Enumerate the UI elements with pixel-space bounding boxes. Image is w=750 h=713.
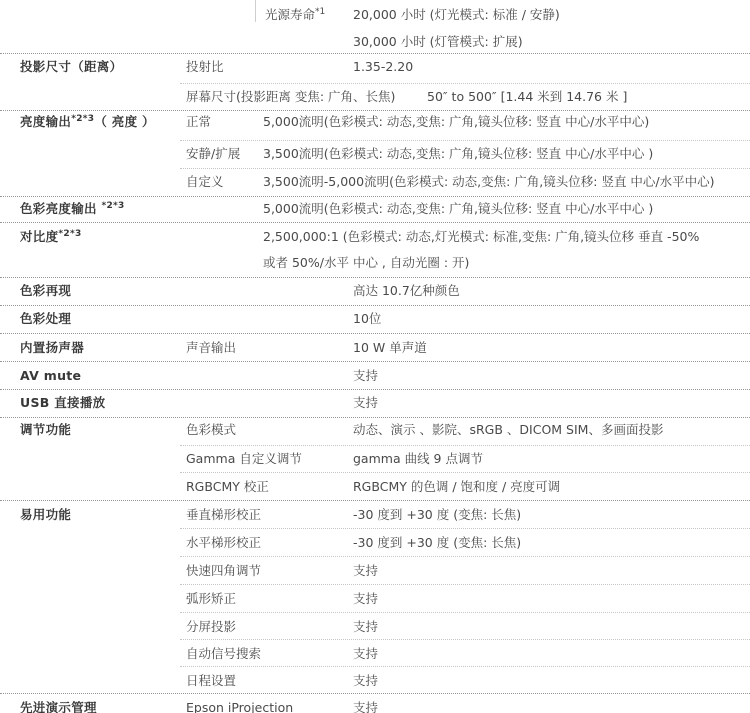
spec-sub-label: Gamma 自定义调节 xyxy=(186,451,302,466)
spec-sub-label: 正常 xyxy=(186,114,211,129)
spec-value: 支持 xyxy=(353,591,378,606)
spec-value: 支持 xyxy=(353,395,378,410)
spec-category-label: 先进演示管理 xyxy=(20,700,97,713)
spec-sub-label: 投射比 xyxy=(186,59,224,74)
spec-value: 20,000 小时 (灯光模式: 标准 / 安静) xyxy=(353,7,560,22)
spec-sub-label: 安静/扩展 xyxy=(186,146,240,161)
spec-value: 支持 xyxy=(353,619,378,634)
row-separator xyxy=(180,140,750,141)
spec-sub-label: 水平梯形校正 xyxy=(186,535,261,550)
spec-sub-label: 垂直梯形校正 xyxy=(186,507,261,522)
spec-sub-label: 分屏投影 xyxy=(186,619,236,634)
spec-category-label: 色彩亮度输出 *2*3 xyxy=(20,201,125,216)
spec-sub-label: 声音输出 xyxy=(186,340,236,355)
section-separator xyxy=(0,222,750,223)
spec-value: 10位 xyxy=(353,311,381,326)
row-separator xyxy=(180,445,750,446)
section-separator xyxy=(0,53,750,54)
section-separator xyxy=(0,277,750,278)
section-separator xyxy=(0,333,750,334)
spec-value: 5,000流明(色彩模式: 动态,变焦: 广角,镜头位移: 竖直 中心/水平中心… xyxy=(263,114,649,129)
spec-sub-label: 日程设置 xyxy=(186,673,236,688)
spec-value: 2,500,000:1 (色彩模式: 动态,灯光模式: 标准,变焦: 广角,镜头… xyxy=(263,229,699,244)
spec-category-label: USB 直接播放 xyxy=(20,395,105,410)
spec-sub-label: 色彩模式 xyxy=(186,422,236,437)
spec-value: 动态、演示 、影院、sRGB 、DICOM SIM、多画面投影 xyxy=(353,422,663,437)
row-separator xyxy=(180,639,750,640)
row-separator xyxy=(180,83,750,84)
section-separator xyxy=(0,389,750,390)
spec-value: 支持 xyxy=(353,700,378,713)
spec-sub-label: 自动信号搜索 xyxy=(186,646,261,661)
spec-value: 支持 xyxy=(353,368,378,383)
spec-value: 5,000流明(色彩模式: 动态,变焦: 广角,镜头位移: 竖直 中心/水平中心… xyxy=(263,201,653,216)
spec-value: 或者 50%/水平 中心 , 自动光圈 : 开) xyxy=(263,255,469,270)
spec-table: 光源寿命*1 20,000 小时 (灯光模式: 标准 / 安静) 30,000 … xyxy=(0,0,750,713)
spec-category-label: 色彩再现 xyxy=(20,283,71,298)
spec-category-label: 内置扬声器 xyxy=(20,340,84,355)
row-separator xyxy=(180,556,750,557)
row-separator xyxy=(180,612,750,613)
spec-value: -30 度到 +30 度 (变焦: 长焦) xyxy=(353,535,521,550)
row-separator xyxy=(180,528,750,529)
spec-value: 10 W 单声道 xyxy=(353,340,427,355)
spec-value: gamma 曲线 9 点调节 xyxy=(353,451,483,466)
section-separator xyxy=(0,361,750,362)
spec-category-label: 调节功能 xyxy=(20,422,71,437)
spec-value: 3,500流明(色彩模式: 动态,变焦: 广角,镜头位移: 竖直 中心/水平中心… xyxy=(263,146,653,161)
spec-sub-label: 光源寿命*1 xyxy=(265,7,325,22)
spec-category-label: 投影尺寸（距离） xyxy=(20,59,122,74)
spec-value: RGBCMY 的色调 / 饱和度 / 亮度可调 xyxy=(353,479,560,494)
spec-sub-label: RGBCMY 校正 xyxy=(186,479,269,494)
table-column-border xyxy=(255,0,256,22)
spec-value: 30,000 小时 (灯管模式: 扩展) xyxy=(353,34,523,49)
spec-value: 3,500流明-5,000流明(色彩模式: 动态,变焦: 广角,镜头位移: 竖直… xyxy=(263,174,715,189)
spec-value: -30 度到 +30 度 (变焦: 长焦) xyxy=(353,507,521,522)
spec-value: 1.35-2.20 xyxy=(353,59,413,74)
spec-category-label: 亮度输出*2*3（ 亮度 ） xyxy=(20,114,155,129)
spec-value: 50″ to 500″ [1.44 米到 14.76 米 ] xyxy=(427,89,627,104)
spec-category-label: 易用功能 xyxy=(20,507,71,522)
row-separator xyxy=(180,584,750,585)
spec-sub-label: 屏幕尺寸(投影距离 变焦: 广角、长焦) xyxy=(186,89,395,104)
spec-value: 支持 xyxy=(353,673,378,688)
spec-sub-label: Epson iProjection xyxy=(186,700,293,713)
spec-category-label: 对比度*2*3 xyxy=(20,229,82,244)
spec-value: 支持 xyxy=(353,563,378,578)
section-separator xyxy=(0,417,750,418)
spec-sub-label: 自定义 xyxy=(186,174,224,189)
section-separator xyxy=(0,500,750,501)
spec-value: 支持 xyxy=(353,646,378,661)
spec-category-label: AV mute xyxy=(20,368,81,383)
section-separator xyxy=(0,305,750,306)
spec-value: 高达 10.7亿种颜色 xyxy=(353,283,460,298)
section-separator xyxy=(0,196,750,197)
row-separator xyxy=(180,168,750,169)
row-separator xyxy=(180,472,750,473)
spec-sub-label: 快速四角调节 xyxy=(186,563,261,578)
spec-category-label: 色彩处理 xyxy=(20,311,71,326)
section-separator xyxy=(0,110,750,111)
spec-sub-label: 弧形矫正 xyxy=(186,591,236,606)
row-separator xyxy=(180,666,750,667)
section-separator xyxy=(0,693,750,694)
